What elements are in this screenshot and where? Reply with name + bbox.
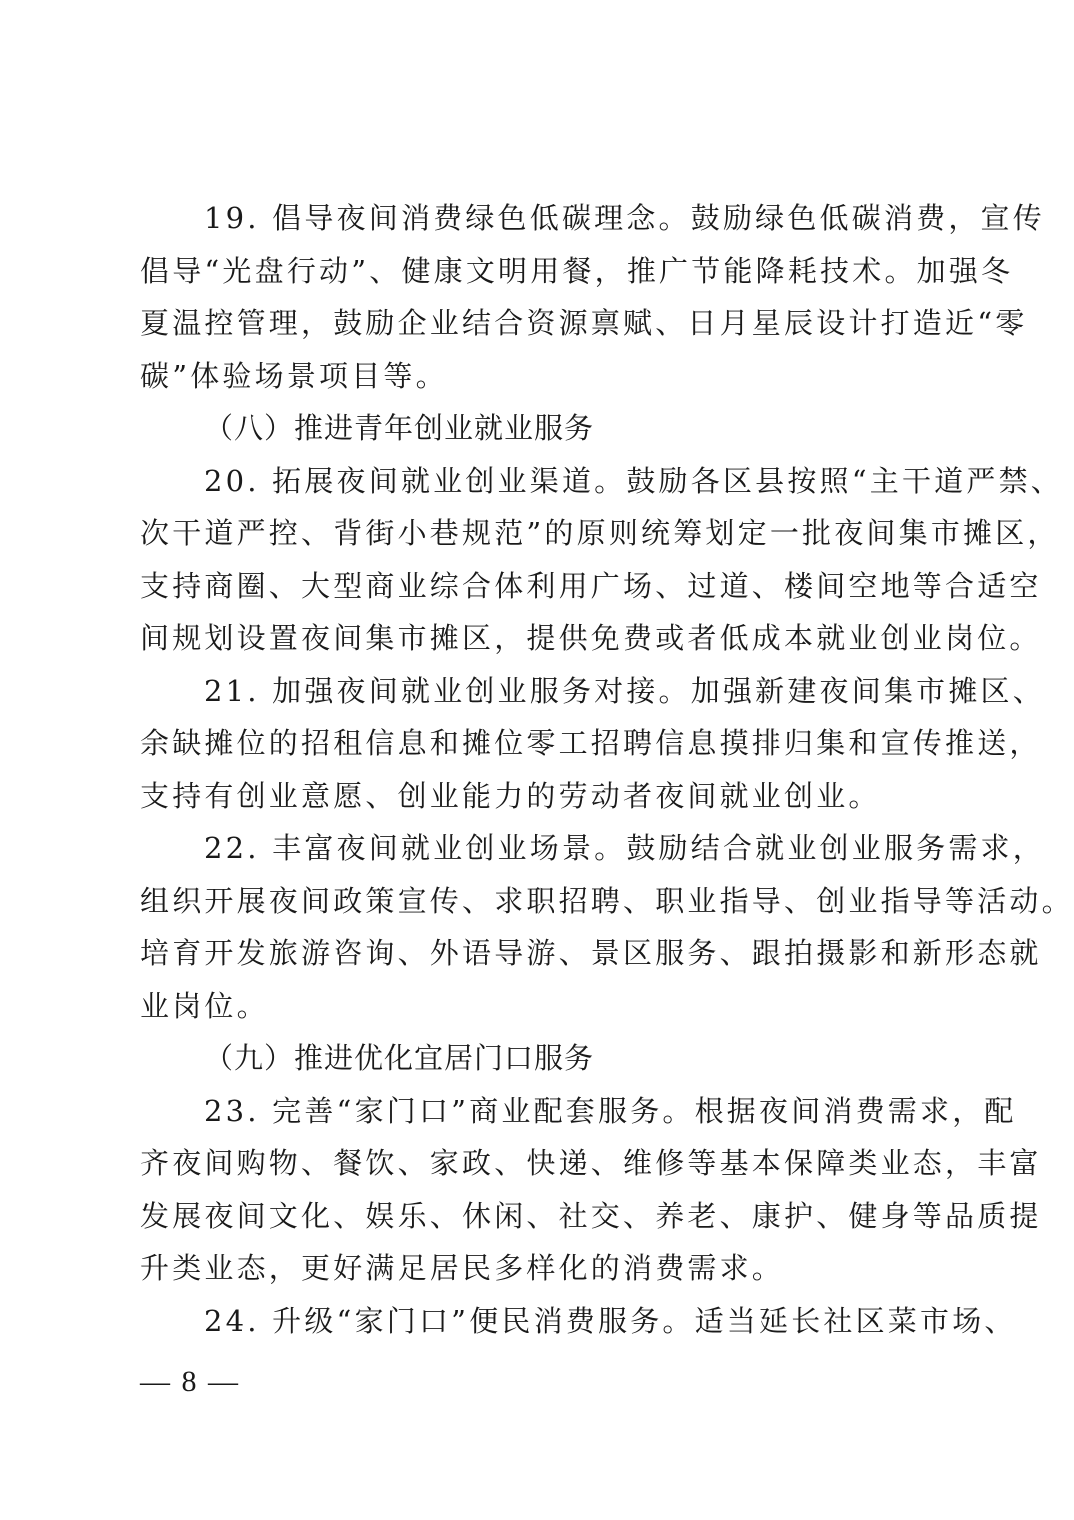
text-line: 19. 倡导夜间消费绿色低碳理念。鼓励绿色低碳消费，宣传 <box>140 192 940 245</box>
document-page: 19. 倡导夜间消费绿色低碳理念。鼓励绿色低碳消费，宣传 倡导“光盘行动”、健康… <box>140 192 940 1347</box>
text-line: 支持有创业意愿、创业能力的劳动者夜间就业创业。 <box>140 770 940 823</box>
paragraph-item-23: 23. 完善“家门口”商业配套服务。根据夜间消费需求，配 齐夜间购物、餐饮、家政… <box>140 1085 940 1295</box>
text-line: 23. 完善“家门口”商业配套服务。根据夜间消费需求，配 <box>140 1085 940 1138</box>
paragraph-item-21: 21. 加强夜间就业创业服务对接。加强新建夜间集市摊区、 余缺摊位的招租信息和摊… <box>140 665 940 823</box>
text-line: 次干道严控、背街小巷规范”的原则统筹划定一批夜间集市摊区， <box>140 507 940 560</box>
text-line: 培育开发旅游咨询、外语导游、景区服务、跟拍摄影和新形态就 <box>140 927 940 980</box>
text-line: 业岗位。 <box>140 980 940 1033</box>
paragraph-item-19: 19. 倡导夜间消费绿色低碳理念。鼓励绿色低碳消费，宣传 倡导“光盘行动”、健康… <box>140 192 940 402</box>
page-number: — 8 — <box>140 1364 240 1400</box>
text-line: 倡导“光盘行动”、健康文明用餐，推广节能降耗技术。加强冬 <box>140 245 940 298</box>
section-heading-9: （九）推进优化宜居门口服务 <box>140 1032 940 1085</box>
paragraph-item-20: 20. 拓展夜间就业创业渠道。鼓励各区县按照“主干道严禁、 次干道严控、背街小巷… <box>140 455 940 665</box>
text-line: 组织开展夜间政策宣传、求职招聘、职业指导、创业指导等活动。 <box>140 875 940 928</box>
text-line: 22. 丰富夜间就业创业场景。鼓励结合就业创业服务需求， <box>140 822 940 875</box>
paragraph-item-22: 22. 丰富夜间就业创业场景。鼓励结合就业创业服务需求， 组织开展夜间政策宣传、… <box>140 822 940 1032</box>
text-line: 升类业态，更好满足居民多样化的消费需求。 <box>140 1242 940 1295</box>
text-line: 余缺摊位的招租信息和摊位零工招聘信息摸排归集和宣传推送， <box>140 717 940 770</box>
text-line: 间规划设置夜间集市摊区，提供免费或者低成本就业创业岗位。 <box>140 612 940 665</box>
paragraph-item-24: 24. 升级“家门口”便民消费服务。适当延长社区菜市场、 <box>140 1295 940 1348</box>
text-line: 21. 加强夜间就业创业服务对接。加强新建夜间集市摊区、 <box>140 665 940 718</box>
section-heading: （八）推进青年创业就业服务 <box>140 402 940 455</box>
text-line: 夏温控管理，鼓励企业结合资源禀赋、日月星辰设计打造近“零 <box>140 297 940 350</box>
section-heading-8: （八）推进青年创业就业服务 <box>140 402 940 455</box>
text-line: 24. 升级“家门口”便民消费服务。适当延长社区菜市场、 <box>140 1295 940 1348</box>
text-line: 碳”体验场景项目等。 <box>140 350 940 403</box>
text-line: 发展夜间文化、娱乐、休闲、社交、养老、康护、健身等品质提 <box>140 1190 940 1243</box>
section-heading: （九）推进优化宜居门口服务 <box>140 1032 940 1085</box>
text-line: 支持商圈、大型商业综合体利用广场、过道、楼间空地等合适空 <box>140 560 940 613</box>
text-line: 齐夜间购物、餐饮、家政、快递、维修等基本保障类业态，丰富 <box>140 1137 940 1190</box>
text-line: 20. 拓展夜间就业创业渠道。鼓励各区县按照“主干道严禁、 <box>140 455 940 508</box>
